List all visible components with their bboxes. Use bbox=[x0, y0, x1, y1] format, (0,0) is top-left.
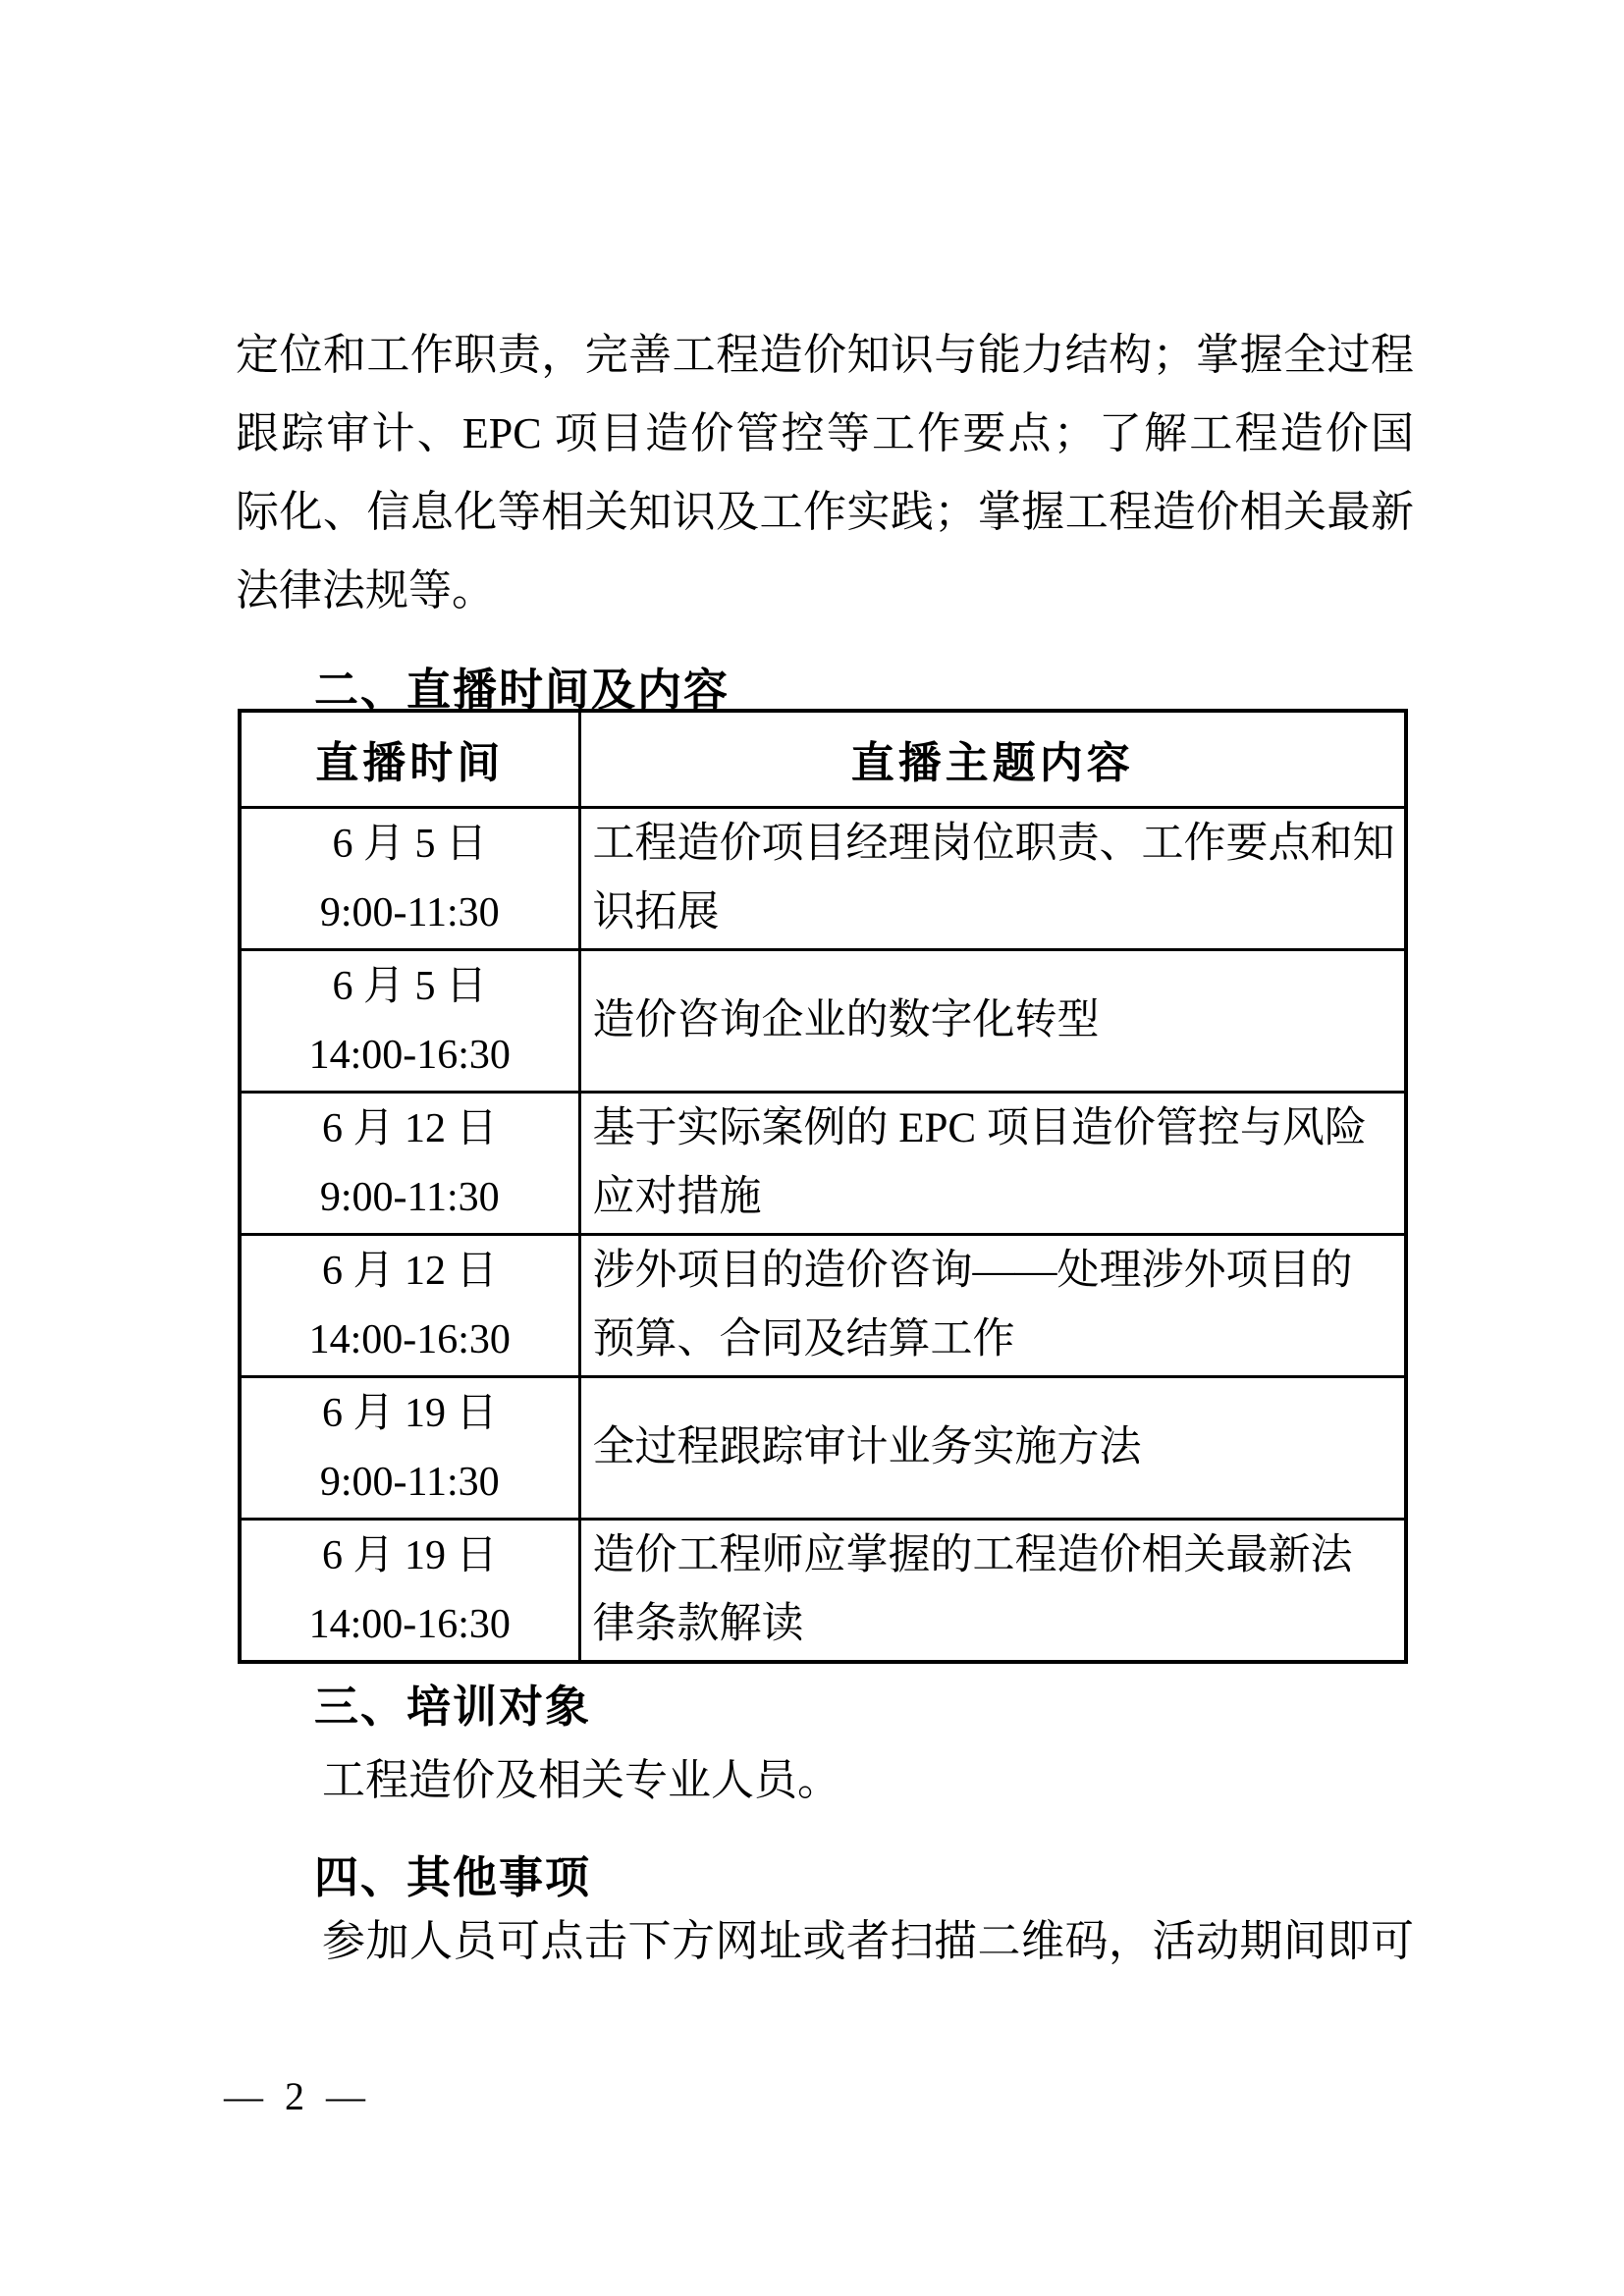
table-row: 6 月 12 日 9:00-11:30 基于实际案例的 EPC 项目造价管控与风… bbox=[240, 1092, 1406, 1234]
intro-paragraph-line: 际化、信息化等相关知识及工作实践；掌握工程造价相关最新 bbox=[236, 473, 1414, 552]
time-cell: 6 月 12 日 14:00-16:30 bbox=[240, 1234, 579, 1376]
table-row: 6 月 5 日 9:00-11:30 工程造价项目经理岗位职责、工作要点和知 识… bbox=[240, 807, 1406, 949]
training-audience-text: 工程造价及相关专业人员。 bbox=[322, 1755, 840, 1806]
intro-paragraph-line: 跟踪审计、EPC 项目造价管控等工作要点；了解工程造价国 bbox=[236, 395, 1414, 473]
intro-paragraph-line: 法律法规等。 bbox=[236, 552, 1414, 630]
topic-cell: 涉外项目的造价咨询——处理涉外项目的 预算、合同及结算工作 bbox=[579, 1234, 1406, 1376]
page-number: — 2 — bbox=[224, 2073, 371, 2119]
other-items-text: 参加人员可点击下方网址或者扫描二维码，活动期间即可 bbox=[236, 1916, 1414, 1967]
time-cell: 6 月 19 日 9:00-11:30 bbox=[240, 1376, 579, 1519]
section-heading-training-audience: 三、培训对象 bbox=[314, 1671, 591, 1735]
table-header-time: 直播时间 bbox=[240, 711, 579, 807]
intro-paragraph-line: 定位和工作职责，完善工程造价知识与能力结构；掌握全过程 bbox=[236, 316, 1414, 395]
table-row: 6 月 5 日 14:00-16:30 造价咨询企业的数字化转型 bbox=[240, 949, 1406, 1092]
table-row: 6 月 12 日 14:00-16:30 涉外项目的造价咨询——处理涉外项目的 … bbox=[240, 1234, 1406, 1376]
topic-cell: 造价咨询企业的数字化转型 bbox=[579, 949, 1406, 1092]
table-header-topic: 直播主题内容 bbox=[579, 711, 1406, 807]
topic-cell: 全过程跟踪审计业务实施方法 bbox=[579, 1376, 1406, 1519]
document-page: 定位和工作职责，完善工程造价知识与能力结构；掌握全过程 跟踪审计、EPC 项目造… bbox=[0, 0, 1624, 2296]
table-row: 6 月 19 日 14:00-16:30 造价工程师应掌握的工程造价相关最新法 … bbox=[240, 1519, 1406, 1662]
schedule-table: 直播时间 直播主题内容 6 月 5 日 9:00-11:30 工程造价项目经理岗… bbox=[238, 709, 1408, 1664]
section-heading-other-items: 四、其他事项 bbox=[314, 1842, 591, 1905]
time-cell: 6 月 5 日 14:00-16:30 bbox=[240, 949, 579, 1092]
topic-cell: 基于实际案例的 EPC 项目造价管控与风险 应对措施 bbox=[579, 1092, 1406, 1234]
intro-paragraph: 定位和工作职责，完善工程造价知识与能力结构；掌握全过程 跟踪审计、EPC 项目造… bbox=[236, 316, 1414, 630]
topic-cell: 造价工程师应掌握的工程造价相关最新法 律条款解读 bbox=[579, 1519, 1406, 1662]
table-header-row: 直播时间 直播主题内容 bbox=[240, 711, 1406, 807]
time-cell: 6 月 12 日 9:00-11:30 bbox=[240, 1092, 579, 1234]
table-row: 6 月 19 日 9:00-11:30 全过程跟踪审计业务实施方法 bbox=[240, 1376, 1406, 1519]
topic-cell: 工程造价项目经理岗位职责、工作要点和知 识拓展 bbox=[579, 807, 1406, 949]
time-cell: 6 月 19 日 14:00-16:30 bbox=[240, 1519, 579, 1662]
time-cell: 6 月 5 日 9:00-11:30 bbox=[240, 807, 579, 949]
